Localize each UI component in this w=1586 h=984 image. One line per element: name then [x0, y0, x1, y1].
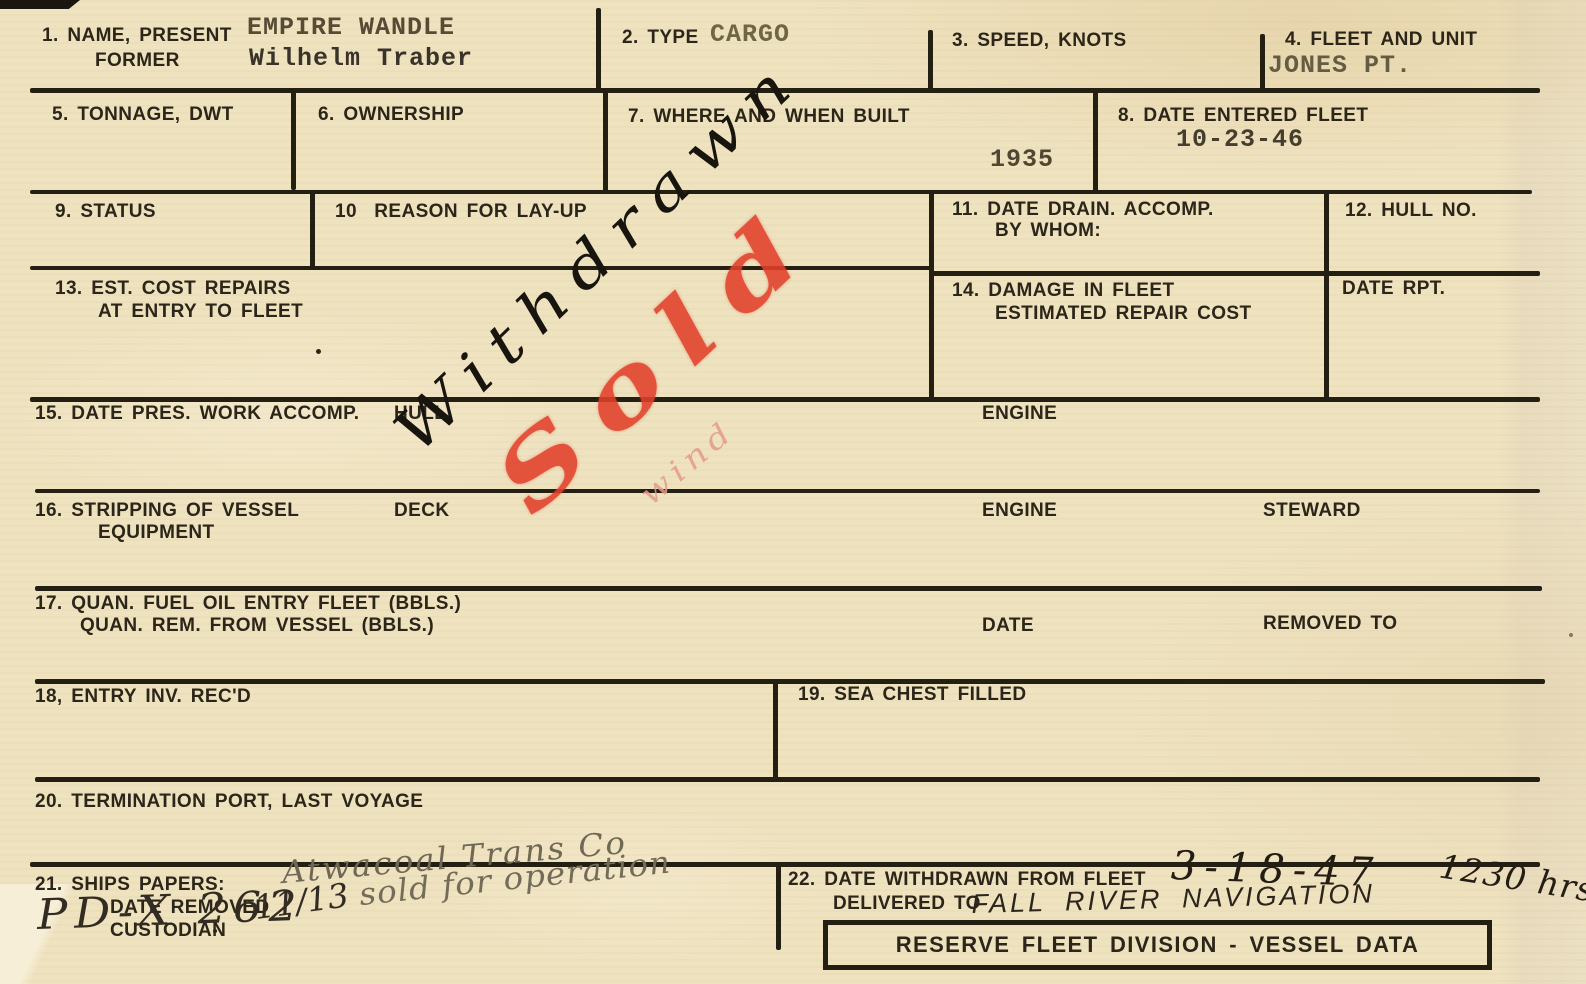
field1-former-value: Wilhelm Traber	[249, 44, 473, 73]
rule-line	[773, 681, 778, 779]
field14-date-rpt-label: DATE RPT.	[1342, 278, 1445, 299]
rule-line	[35, 489, 1540, 493]
field2-label: 2. TYPE	[622, 27, 699, 48]
field22-time-handwriting: 1230 hrs.	[1436, 843, 1586, 917]
field16-deck-label: DECK	[394, 500, 449, 521]
field2-value: CARGO	[710, 20, 790, 49]
field14-label2: ESTIMATED REPAIR COST	[995, 303, 1251, 324]
field4-label: 4. FLEET AND UNIT	[1285, 29, 1477, 50]
field1-label: 1. NAME, PRESENT	[42, 25, 232, 46]
rule-line	[776, 864, 781, 950]
field17-removed-to-label: REMOVED TO	[1263, 613, 1397, 634]
field16-label2: EQUIPMENT	[98, 522, 215, 543]
rule-line	[1324, 192, 1329, 399]
field8-label: 8. DATE ENTERED FLEET	[1118, 105, 1368, 126]
reserve-fleet-title-box: RESERVE FLEET DIVISION - VESSEL DATA	[823, 920, 1492, 970]
field5-label: 5. TONNAGE, DWT	[52, 104, 234, 125]
field6-label: 6. OWNERSHIP	[318, 104, 464, 125]
rule-line	[932, 271, 1540, 276]
rule-line	[291, 90, 296, 190]
field13-label: 13. EST. COST REPAIRS	[55, 278, 291, 299]
scan-edge-artifact	[0, 0, 80, 9]
rule-line	[596, 8, 601, 90]
rule-line	[1260, 34, 1265, 90]
field11-label: 11. DATE DRAIN. ACCOMP.	[952, 199, 1214, 220]
rule-line	[35, 679, 1545, 684]
field17-label2: QUAN. REM. FROM VESSEL (BBLS.)	[80, 615, 434, 636]
field1-present-value: EMPIRE WANDLE	[247, 13, 455, 42]
field1-label-former: FORMER	[95, 50, 180, 71]
field10-label: 10 REASON FOR LAY-UP	[335, 201, 587, 222]
field13-label2: AT ENTRY TO FLEET	[98, 301, 303, 322]
field15-engine-label: ENGINE	[982, 403, 1057, 424]
field16-engine-label: ENGINE	[982, 500, 1057, 521]
card-title: RESERVE FLEET DIVISION - VESSEL DATA	[896, 932, 1420, 958]
ink-speck	[316, 349, 321, 354]
rule-line	[929, 192, 934, 399]
field7-value: 1935	[990, 145, 1054, 174]
field8-value: 10-23-46	[1176, 125, 1304, 154]
field16-steward-label: STEWARD	[1263, 500, 1361, 521]
paper-speck	[1569, 633, 1573, 637]
field14-label: 14. DAMAGE IN FLEET	[952, 280, 1174, 301]
rule-line	[35, 586, 1542, 591]
rule-line	[30, 397, 1540, 402]
field17-date-label: DATE	[982, 615, 1034, 636]
rule-line	[603, 90, 608, 193]
field9-label: 9. STATUS	[55, 201, 156, 222]
field19-label: 19. SEA CHEST FILLED	[798, 684, 1027, 705]
field11-label2: BY WHOM:	[995, 220, 1101, 241]
field17-label: 17. QUAN. FUEL OIL ENTRY FLEET (BBLS.)	[35, 593, 461, 614]
field12-label: 12. HULL NO.	[1345, 200, 1477, 221]
field4-value: JONES PT.	[1268, 51, 1412, 80]
field3-label: 3. SPEED, KNOTS	[952, 30, 1127, 51]
field20-label: 20. TERMINATION PORT, LAST VOYAGE	[35, 791, 423, 812]
rule-line	[1093, 90, 1098, 192]
rule-line	[928, 30, 933, 90]
field16-label: 16. STRIPPING OF VESSEL	[35, 500, 299, 521]
field18-label: 18, ENTRY INV. REC'D	[35, 686, 251, 707]
field15-label: 15. DATE PRES. WORK ACCOMP.	[35, 403, 359, 424]
rule-line	[35, 777, 1540, 782]
rule-line	[310, 192, 315, 268]
vessel-data-card: 1. NAME, PRESENT FORMER EMPIRE WANDLE Wi…	[0, 0, 1586, 984]
field22-label2: DELIVERED TO	[833, 893, 981, 914]
rule-line	[30, 190, 1532, 194]
